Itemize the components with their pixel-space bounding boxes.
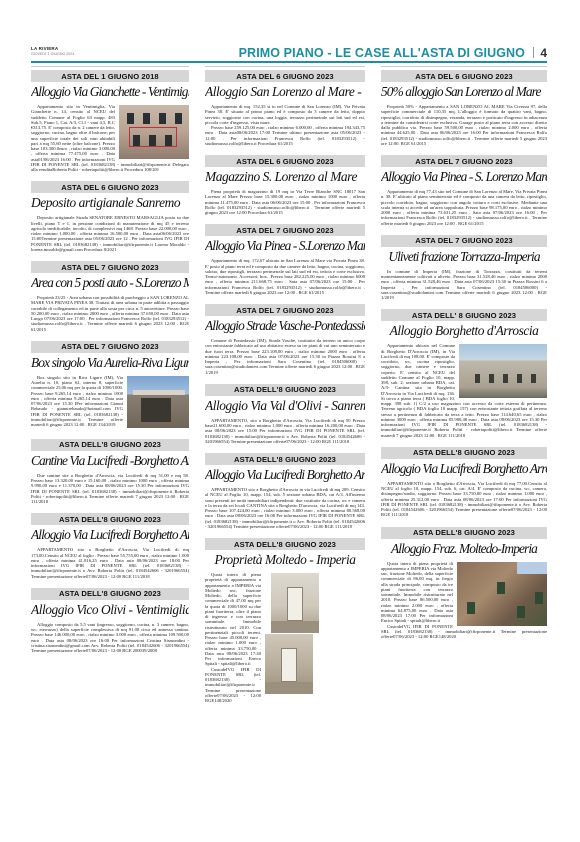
listing-headline: Alloggio Via Pinea - S. Lorenzo Mare <box>381 169 547 185</box>
listing-article: ASTA DELL' 8 GIUGNO 2023 Alloggio Borghe… <box>381 309 547 438</box>
listing-body: Deposito artigianale Strada SENATORE ERN… <box>31 215 189 252</box>
listing-headline: Deposito artigianale Sanremo <box>31 195 189 211</box>
listing-article: ASTA DEL 7 GIUGNO 2023 Alloggio Via Pine… <box>381 155 547 226</box>
auction-date-banner: ASTA DEL 7 GIUGNO 2023 <box>381 235 547 247</box>
building-photo <box>119 105 189 159</box>
listing-headline: Alloggio Borghetto d'Arroscia <box>381 323 547 339</box>
listing-article: ASTA DEL 6 GIUGNO 2023 Magazzino S. Lore… <box>205 155 365 215</box>
listing-article: ASTA DEL 1 GIUGNO 2018 Alloggio Via Gian… <box>31 70 189 172</box>
listing-headline: Box singolo Via Aurelia-Riva Ligure <box>31 355 189 371</box>
auction-date-banner: ASTA DEL 7 GIUGNO 2023 <box>381 155 547 167</box>
listing-body: APPARTAMENTO sito a Borghetto d'Arroscia… <box>381 481 547 518</box>
listing-body: Piena proprietà di magazzino di 19 mq in… <box>205 189 365 215</box>
listing-headline: Proprietà Moltedo - Imperia <box>205 552 365 568</box>
listing-headline: Uliveti frazione Torrazza-Imperia <box>381 249 547 265</box>
listing-article: ASTA DEL 7 GIUGNO 2023 Uliveti frazione … <box>381 235 547 301</box>
listing-text: Appartamento di mq. 152,35 si to nel Com… <box>205 104 365 125</box>
listing-article: ASTA DEL 6 GIUGNO 2023 50% alloggio San … <box>381 70 547 146</box>
listing-body: Alloggio composto da 5,5 vani (ingresso,… <box>31 622 189 654</box>
auction-date-banner: ASTA DEL 6 GIUGNO 2023 <box>381 70 547 82</box>
listing-headline: Alloggio Via Lucifredi Borghetto Arrosci… <box>205 467 365 483</box>
interior-photos <box>265 573 365 696</box>
listing-body: APPARTAMENTO sito a Borghetto d'Arroscia… <box>205 487 365 529</box>
listing-article: ASTA DELL'8 GIUGNO 2023 Alloggio Fraz. M… <box>381 527 547 640</box>
interior-photo <box>271 573 319 633</box>
listing-body: Quota intera di piena proprietà di appar… <box>205 572 365 703</box>
listing-body: Due cantine site a Borghetto d'Arroscia,… <box>31 473 189 505</box>
masthead-rule <box>31 61 547 63</box>
listing-article: ASTA DELL'8 GIUGNO 2023 Alloggio Via Luc… <box>381 447 547 518</box>
listing-headline: 50% alloggio San Lorenzo al Mare <box>381 84 547 100</box>
auction-date-banner: ASTA DELL'8 GIUGNO 2023 <box>205 538 365 550</box>
listing-headline: Alloggio San Lorenzo al Mare - <box>205 84 365 100</box>
listing-body: Box singolo sito in Riva Ligure (IM), Vi… <box>31 375 189 430</box>
listing-headline: Magazzino S. Lorenzo al Mare <box>205 169 365 185</box>
listing-text-continued: Prezzo base 259.125,00 euro , rialzo min… <box>205 125 365 146</box>
title-separator <box>533 47 534 58</box>
auction-date-banner: ASTA DELL'8 GIUGNO 2023 <box>205 384 365 396</box>
auction-date-banner: ASTA DEL 6 GIUGNO 2023 <box>31 181 189 193</box>
listing-body: Proprietà 23/25 - Area urbana con possib… <box>31 295 189 332</box>
listing-headline: Area con 5 posti auto - S.Lorenzo Mare <box>31 275 189 291</box>
auction-date-banner: ASTA DEL 6 GIUGNO 2023 <box>205 155 365 167</box>
listing-article: ASTA DELL'8 GIUGNO 2023 Cantine Via Luci… <box>31 439 189 505</box>
listing-body: Quota intera di piena proprietà di appar… <box>381 561 547 640</box>
listing-body: APPARTAMENTO sito a Borghetto d'Arroscia… <box>31 547 189 579</box>
listing-body: Proprietà 50% - Appartamento a SAN LOREN… <box>381 104 547 146</box>
auction-date-banner: ASTA DEL 6 GIUGNO 2023 <box>205 70 365 82</box>
garage-photo <box>127 376 189 428</box>
listing-article: ASTA DEL 7 GIUGNO 2023 Box singolo Via A… <box>31 341 189 430</box>
listing-body: Appartamento di mq. 172,67 ubicato in Sa… <box>205 258 365 295</box>
listing-body: In comune di Imperia (IM), frazione di T… <box>381 269 547 301</box>
listing-article: ASTA DEL 6 GIUGNO 2023 Deposito artigian… <box>31 181 189 252</box>
listing-article: ASTA DELL'8 GIUGNO 2023 Alloggio Vico Ol… <box>31 588 189 654</box>
auction-date-banner: ASTA DEL 7 GIUGNO 2023 <box>31 341 189 353</box>
listing-article: ASTA DELL'8 GIUGNO 2023 Alloggio Via Luc… <box>205 453 365 529</box>
column-left: ASTA DEL 1 GIUGNO 2018 Alloggio Via Gian… <box>31 70 189 662</box>
auction-date-banner: ASTA DELL'8 GIUGNO 2023 <box>31 513 189 525</box>
listing-article: ASTA DEL 7 GIUGNO 2023 Area con 5 posti … <box>31 261 189 332</box>
listing-body: Appartamento di mq. 152,35 si to nel Com… <box>205 104 365 146</box>
listing-headline: Alloggio Via Lucifredi Borghetto Arrosci… <box>31 527 189 543</box>
listing-article: ASTA DEL 6 GIUGNO 2023 Alloggio San Lore… <box>205 70 365 146</box>
auction-date-banner: ASTA DELL'8 GIUGNO 2023 <box>381 447 547 459</box>
rural-building-photo <box>459 344 547 398</box>
newspaper-name: LA RIVIERA <box>31 46 58 51</box>
listing-headline: Alloggio Via Gianchette - Ventimiglia <box>31 84 189 100</box>
listing-headline: Alloggio Via Lucifredi Borghetto Arrosci… <box>381 461 547 477</box>
auction-date-banner: ASTA DEL 7 GIUGNO 2023 <box>205 304 365 316</box>
listing-body: APPARTAMENTO, sito a Borghetto d'Arrosci… <box>205 418 365 444</box>
listing-body: Appartamento di mq 77,43 sito nel Comune… <box>381 189 547 226</box>
auction-date-banner: ASTA DELL'8 GIUGNO 2023 <box>31 439 189 451</box>
stone-house-photo <box>457 562 547 626</box>
listing-article: ASTA DELL'8 GIUGNO 2023 Alloggio Via Luc… <box>31 513 189 579</box>
listing-text-continued: CustodeIVG IFIR DI PONENTE SRL (tel. 018… <box>381 624 547 640</box>
column-center: ASTA DEL 6 GIUGNO 2023 Alloggio San Lore… <box>205 70 365 712</box>
listing-headline: Alloggio Fraz. Moltedo-Imperia <box>381 541 547 557</box>
listing-headline: Cantine Via Lucifredi -Borghetto Arrosci… <box>31 453 189 469</box>
listing-text: Box singolo sito in Riva Ligure (IM), Vi… <box>31 375 123 427</box>
column-right: ASTA DEL 6 GIUGNO 2023 50% alloggio San … <box>381 70 547 648</box>
masthead: LA RIVIERA GIOVEDI' 1 GIUGNO 2023 PRIMO … <box>31 46 547 62</box>
listing-headline: Alloggio Via Pinea - S.Lorenzo Mare <box>205 238 365 254</box>
listing-text: Quota intera di piena proprietà di appar… <box>205 572 261 666</box>
column-rule <box>31 66 189 67</box>
listing-body: Appartamento sito in Ventimiglia, Via Gi… <box>31 104 189 172</box>
issue-date: GIOVEDI' 1 GIUGNO 2023 <box>31 52 74 56</box>
auction-date-banner: ASTA DEL 1 GIUGNO 2018 <box>31 70 189 82</box>
auction-date-banner: ASTA DELL'8 GIUGNO 2023 <box>31 588 189 600</box>
listing-headline: Alloggio Strade Vasche-Pontedassio <box>205 318 365 334</box>
auction-date-banner: ASTA DEL 7 GIUGNO 2023 <box>205 224 365 236</box>
interior-photo <box>265 634 313 694</box>
listing-article: ASTA DEL 7 GIUGNO 2023 Alloggio Strade V… <box>205 304 365 375</box>
listing-body: Comune di Pontedassio (IM), Strada Vasch… <box>205 338 365 375</box>
listing-headline: Alloggio Vico Olivi - Ventimiglia <box>31 602 189 618</box>
column-rule <box>205 66 365 67</box>
listing-article: ASTA DELL'8 GIUGNO 2023 Proprietà Molted… <box>205 538 365 703</box>
auction-date-banner: ASTA DELL'8 GIUGNO 2023 <box>205 453 365 465</box>
auction-date-banner: ASTA DEL 7 GIUGNO 2023 <box>31 261 189 273</box>
listing-article: ASTA DEL 7 GIUGNO 2023 Alloggio Via Pine… <box>205 224 365 295</box>
page-number: 4 <box>540 46 547 60</box>
section-title: PRIMO PIANO - LE CASE ALL'ASTA DI GIUGNO <box>239 46 525 60</box>
listing-body: Appartamento ubicato nel Comune di Borgh… <box>381 343 547 438</box>
listing-article: ASTA DELL'8 GIUGNO 2023 Alloggio Via Val… <box>205 384 365 444</box>
auction-date-banner: ASTA DELL'8 GIUGNO 2023 <box>381 527 547 539</box>
listing-text: Quota intera di piena proprietà di appar… <box>381 561 453 624</box>
listing-headline: Alloggio Via Val d'Olivi - Sanremo <box>205 398 365 414</box>
auction-date-banner: ASTA DELL' 8 GIUGNO 2023 <box>381 309 547 321</box>
column-rule <box>381 66 547 67</box>
